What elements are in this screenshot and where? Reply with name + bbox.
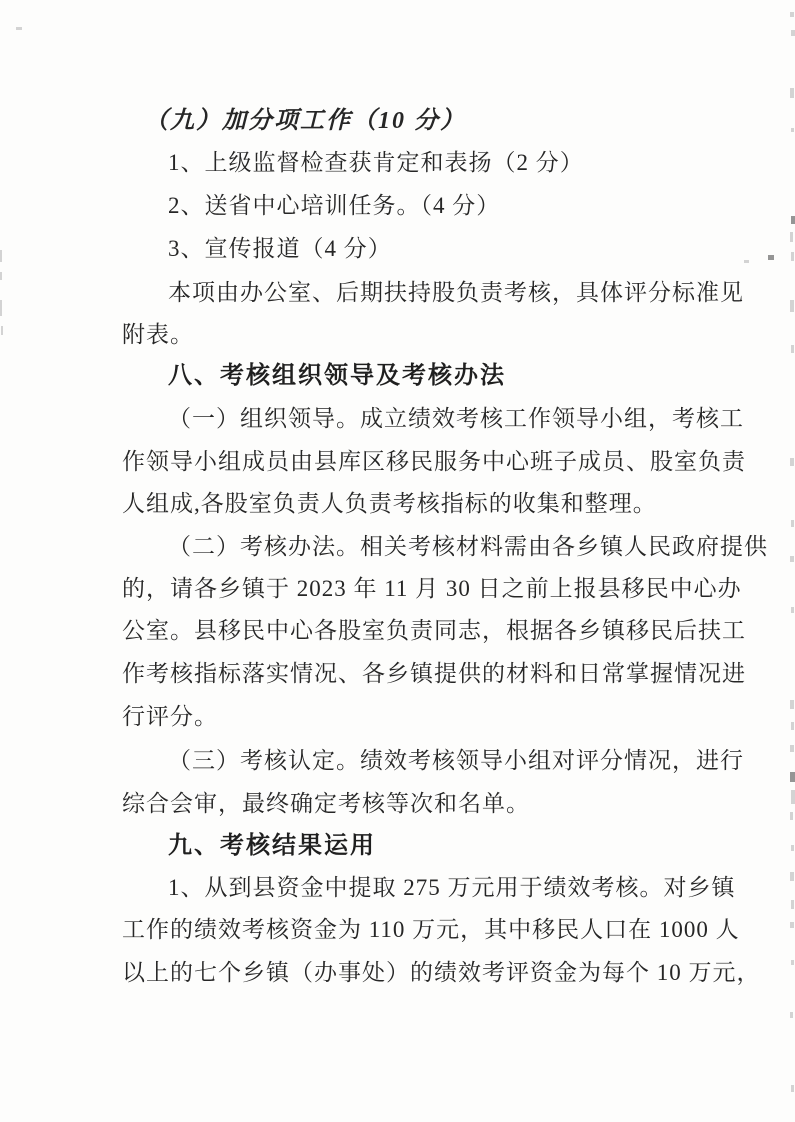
scan-artifact (791, 1085, 794, 1092)
text-line: 的，请各乡镇于 2023 年 11 月 30 日之前上报县移民中心办 (122, 574, 742, 604)
scan-artifact (791, 216, 795, 224)
scan-artifact (790, 1012, 793, 1018)
text-line: （二）考核办法。相关考核材料需由各乡镇人民政府提供 (168, 532, 768, 562)
text-line: 1、从到县资金中提取 275 万元用于绩效考核。对乡镇 (168, 873, 736, 903)
text-line: 1、上级监督检查获肯定和表扬（2 分） (168, 148, 584, 178)
scan-artifact (790, 922, 794, 928)
scan-artifact (768, 255, 774, 260)
section-heading-8-organization: 八、考核组织领导及考核办法 (168, 361, 506, 391)
text-line: 综合会审，最终确定考核等次和名单。 (122, 789, 530, 819)
text-line: 2、送省中心培训任务。（4 分） (168, 191, 500, 221)
text-line: 作领导小组成员由县库区移民服务中心班子成员、股室负责 (122, 447, 746, 477)
scan-artifact (744, 260, 749, 263)
subsection-heading-9-bonus-items: （九）加分项工作（10 分） (144, 106, 466, 136)
text-line: （三）考核认定。绩效考核领导小组对评分情况，进行 (168, 746, 744, 776)
scan-artifact (791, 128, 794, 132)
scan-artifact (0, 300, 2, 316)
scan-artifact (790, 300, 794, 312)
text-line: 本项由办公室、后期扶持股负责考核，具体评分标准见 (168, 278, 744, 308)
scan-artifact (791, 900, 794, 909)
text-line: （一）组织领导。成立绩效考核工作领导小组，考核工 (168, 404, 744, 434)
text-line: 人组成,各股室负责人负责考核指标的收集和整理。 (122, 489, 657, 519)
scan-artifact (791, 30, 795, 36)
text-line: 附表。 (122, 320, 194, 350)
scanned-document-page: （九）加分项工作（10 分） 1、上级监督检查获肯定和表扬（2 分） 2、送省中… (0, 0, 795, 1122)
scan-artifact (0, 272, 2, 280)
text-line: 以上的七个乡镇（办事处）的绩效考评资金为每个 10 万元， (122, 958, 761, 988)
scan-artifact (1, 326, 3, 335)
scan-artifact (791, 790, 795, 804)
scan-artifact (790, 872, 794, 881)
text-line: 工作的绩效考核资金为 110 万元，其中移民人口在 1000 人 (122, 915, 740, 945)
scan-artifact (791, 252, 794, 261)
scan-artifact (790, 556, 794, 562)
scan-artifact (791, 607, 794, 613)
scan-artifact (791, 845, 794, 851)
scan-artifact (790, 12, 794, 17)
scan-artifact (791, 345, 794, 353)
scan-artifact (0, 250, 2, 262)
scan-artifact (790, 812, 793, 820)
scan-artifact (790, 232, 793, 242)
scan-artifact (790, 772, 795, 782)
scan-artifact (790, 700, 794, 709)
scan-artifact (791, 722, 794, 730)
scan-artifact (791, 960, 794, 965)
section-heading-9-result-usage: 九、考核结果运用 (168, 831, 376, 861)
text-line: 作考核指标落实情况、各乡镇提供的材料和日常掌握情况进 (122, 659, 746, 689)
text-line: 公室。县移民中心各股室负责同志，根据各乡镇移民后扶工 (122, 616, 746, 646)
scan-artifact (790, 458, 794, 466)
text-line: 行评分。 (122, 702, 218, 732)
scan-artifact (791, 520, 794, 527)
scan-artifact (790, 88, 794, 98)
scan-artifact (790, 745, 794, 752)
scan-artifact (16, 27, 22, 30)
text-line: 3、宣传报道（4 分） (168, 234, 392, 264)
